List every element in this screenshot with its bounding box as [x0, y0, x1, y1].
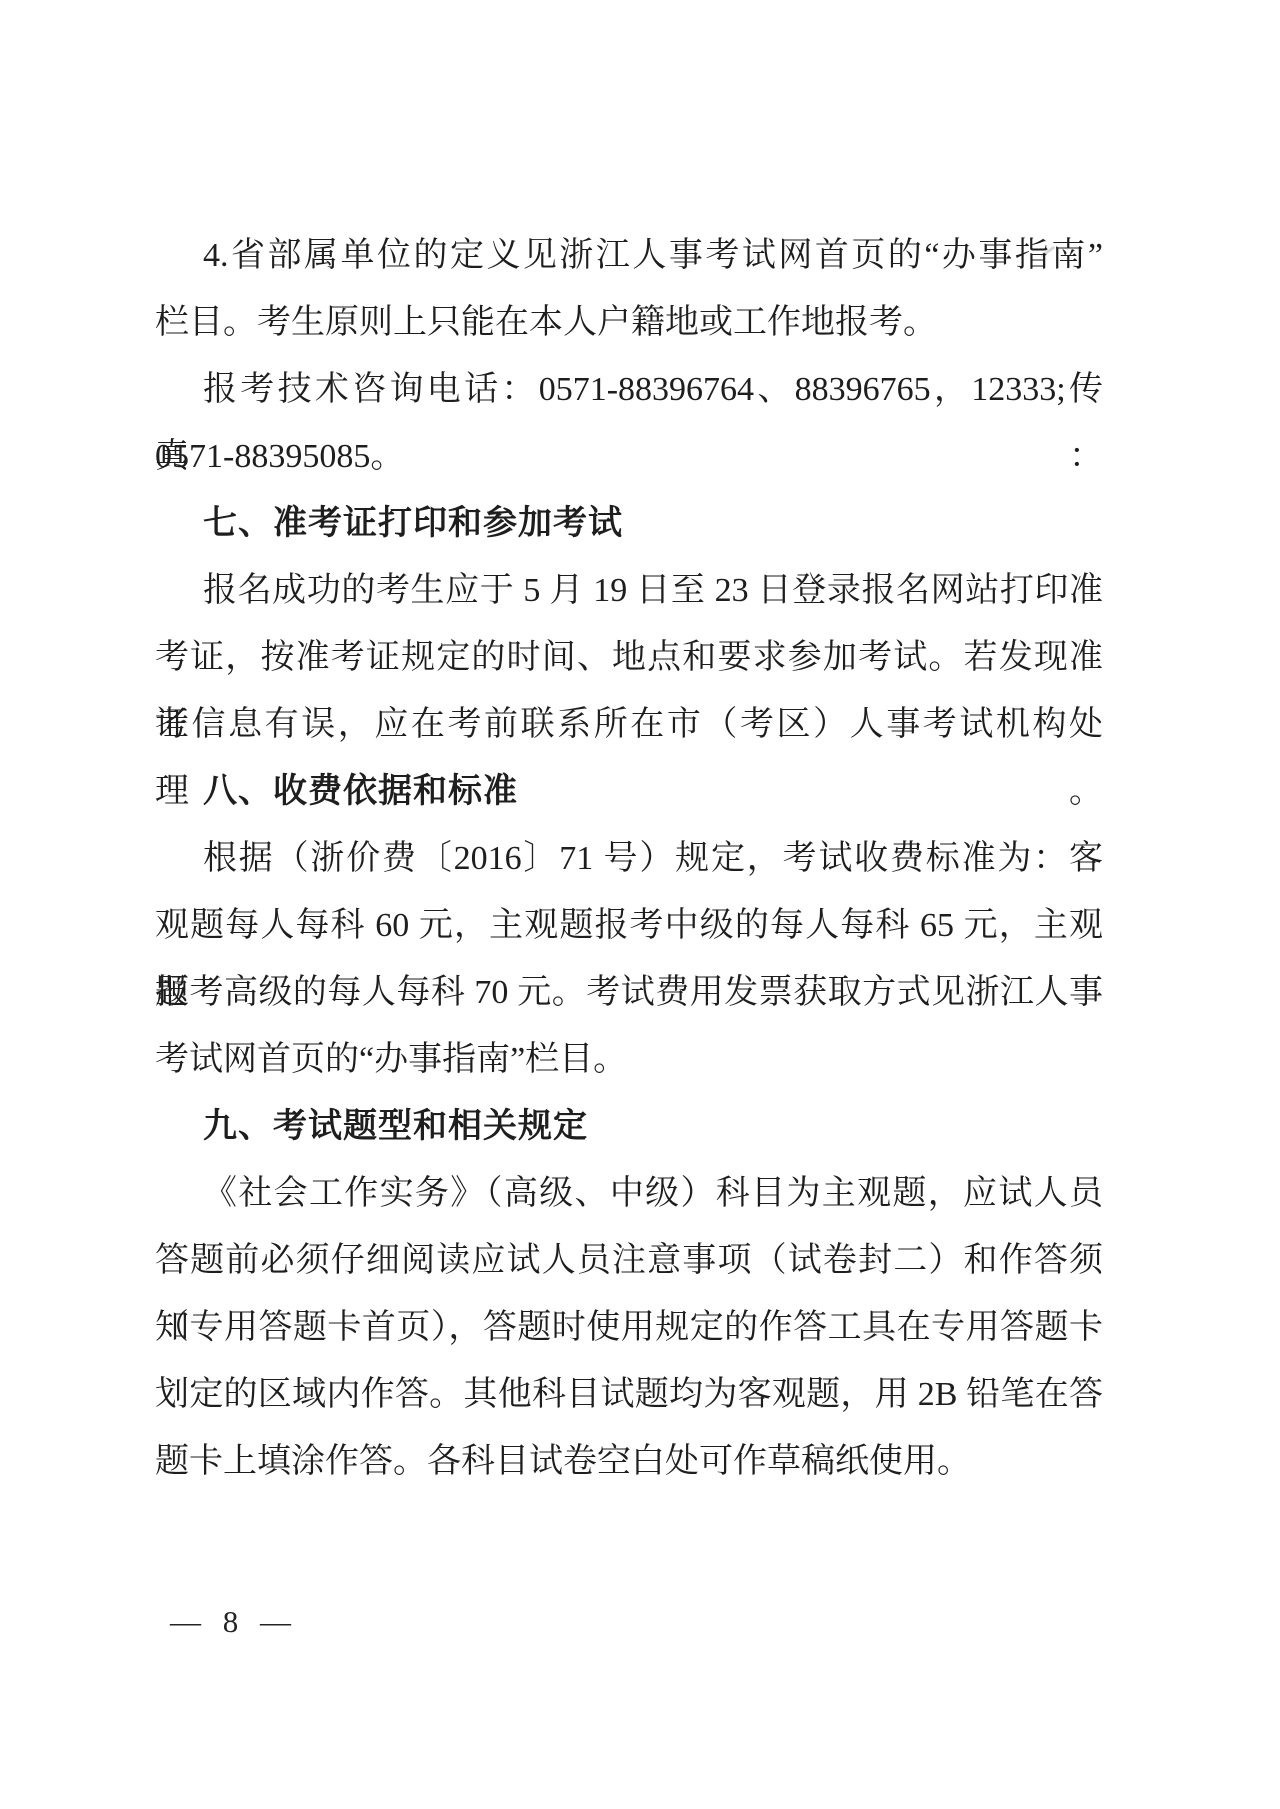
paragraph-line: 答题前必须仔细阅读应试人员注意事项（试卷封二）和作答须知: [155, 1227, 1103, 1294]
paragraph-line: 题卡上填涂作答。各科目试卷空白处可作草稿纸使用。: [155, 1428, 1103, 1495]
paragraph-line: 根据（浙价费〔2016〕71 号）规定，考试收费标准为：客: [155, 825, 1103, 892]
document-page: 4.省部属单位的定义见浙江人事考试网首页的“办事指南” 栏目。考生原则上只能在本…: [0, 0, 1280, 1809]
paragraph-line: 《社会工作实务》（高级、中级）科目为主观题，应试人员: [155, 1160, 1103, 1227]
heading-section-7: 七、准考证打印和参加考试: [155, 490, 1103, 557]
paragraph-line: 报考高级的每人每科 70 元。考试费用发票获取方式见浙江人事: [155, 959, 1103, 1026]
paragraph-line: 证信息有误，应在考前联系所在市（考区）人事考试机构处理。: [155, 691, 1103, 758]
paragraph-line: （专用答题卡首页），答题时使用规定的作答工具在专用答题卡: [155, 1294, 1103, 1361]
paragraph-line: 划定的区域内作答。其他科目试题均为客观题，用 2B 铅笔在答: [155, 1361, 1103, 1428]
paragraph-line: 观题每人每科 60 元，主观题报考中级的每人每科 65 元，主观题: [155, 892, 1103, 959]
heading-section-9: 九、考试题型和相关规定: [155, 1093, 1103, 1160]
page-number-text: — 8 —: [170, 1604, 298, 1639]
document-body: 4.省部属单位的定义见浙江人事考试网首页的“办事指南” 栏目。考生原则上只能在本…: [155, 222, 1103, 1495]
paragraph-line: 考证，按准考证规定的时间、地点和要求参加考试。若发现准考: [155, 624, 1103, 691]
paragraph-line: 考试网首页的“办事指南”栏目。: [155, 1026, 1103, 1093]
paragraph-line: 栏目。考生原则上只能在本人户籍地或工作地报考。: [155, 289, 1103, 356]
paragraph-line: 4.省部属单位的定义见浙江人事考试网首页的“办事指南”: [155, 222, 1103, 289]
page-number: — 8 —: [170, 1604, 298, 1640]
paragraph-line: 报考技术咨询电话：0571-88396764、88396765，12333;传真…: [155, 356, 1103, 423]
paragraph-line: 报名成功的考生应于 5 月 19 日至 23 日登录报名网站打印准: [155, 557, 1103, 624]
